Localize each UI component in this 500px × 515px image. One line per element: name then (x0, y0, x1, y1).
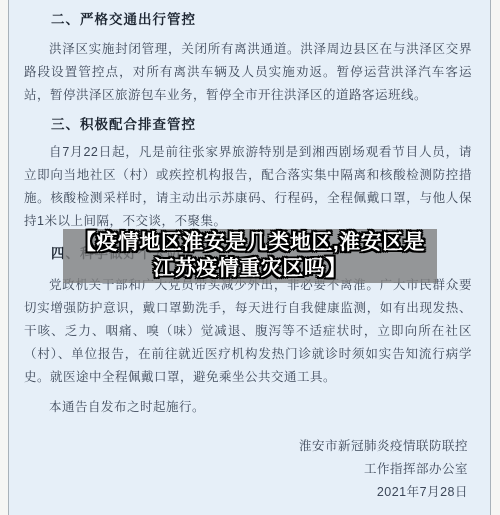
section-heading-screening-cooperation: 三、积极配合排查管控 (24, 113, 472, 136)
signature-date: 2021年7月28日 (24, 481, 468, 504)
caption-title-line2: 江苏疫情重灾区吗】 (153, 256, 347, 282)
caption-overlay-band: 【疫情地区淮安是几类地区,淮安区是 江苏疫情重灾区吗】 (63, 229, 437, 283)
screenshot-page: 二、严格交通出行管控 洪泽区实施封闭管理，关闭所有离洪通道。洪泽周边县区在与洪泽… (0, 0, 500, 515)
caption-title-line1: 【疫情地区淮安是几类地区,淮安区是 (75, 230, 425, 256)
closing-statement: 本通告自发布之时起施行。 (24, 396, 472, 419)
paragraph-traffic-control: 洪泽区实施封闭管理，关闭所有离洪通道。洪泽周边县区在与洪泽区交界路段设置管控点，… (24, 38, 472, 107)
signature-org-line2: 工作指挥部办公室 (24, 458, 468, 481)
section-heading-traffic-control: 二、严格交通出行管控 (24, 8, 472, 31)
paragraph-screening-cooperation: 自7月22日起，凡是前往张家界旅游特别是到湘西剧场观看节目人员，请立即向当地社区… (24, 141, 472, 233)
signature-block: 淮安市新冠肺炎疫情联防联控 工作指挥部办公室 2021年7月28日 (24, 435, 472, 504)
paragraph-personal-protection: 党政机关干部和广大党员带头减少外出，非必要不离淮。广大市民群众要切实增强防护意识… (24, 274, 472, 389)
signature-org-line1: 淮安市新冠肺炎疫情联防联控 (24, 435, 468, 458)
